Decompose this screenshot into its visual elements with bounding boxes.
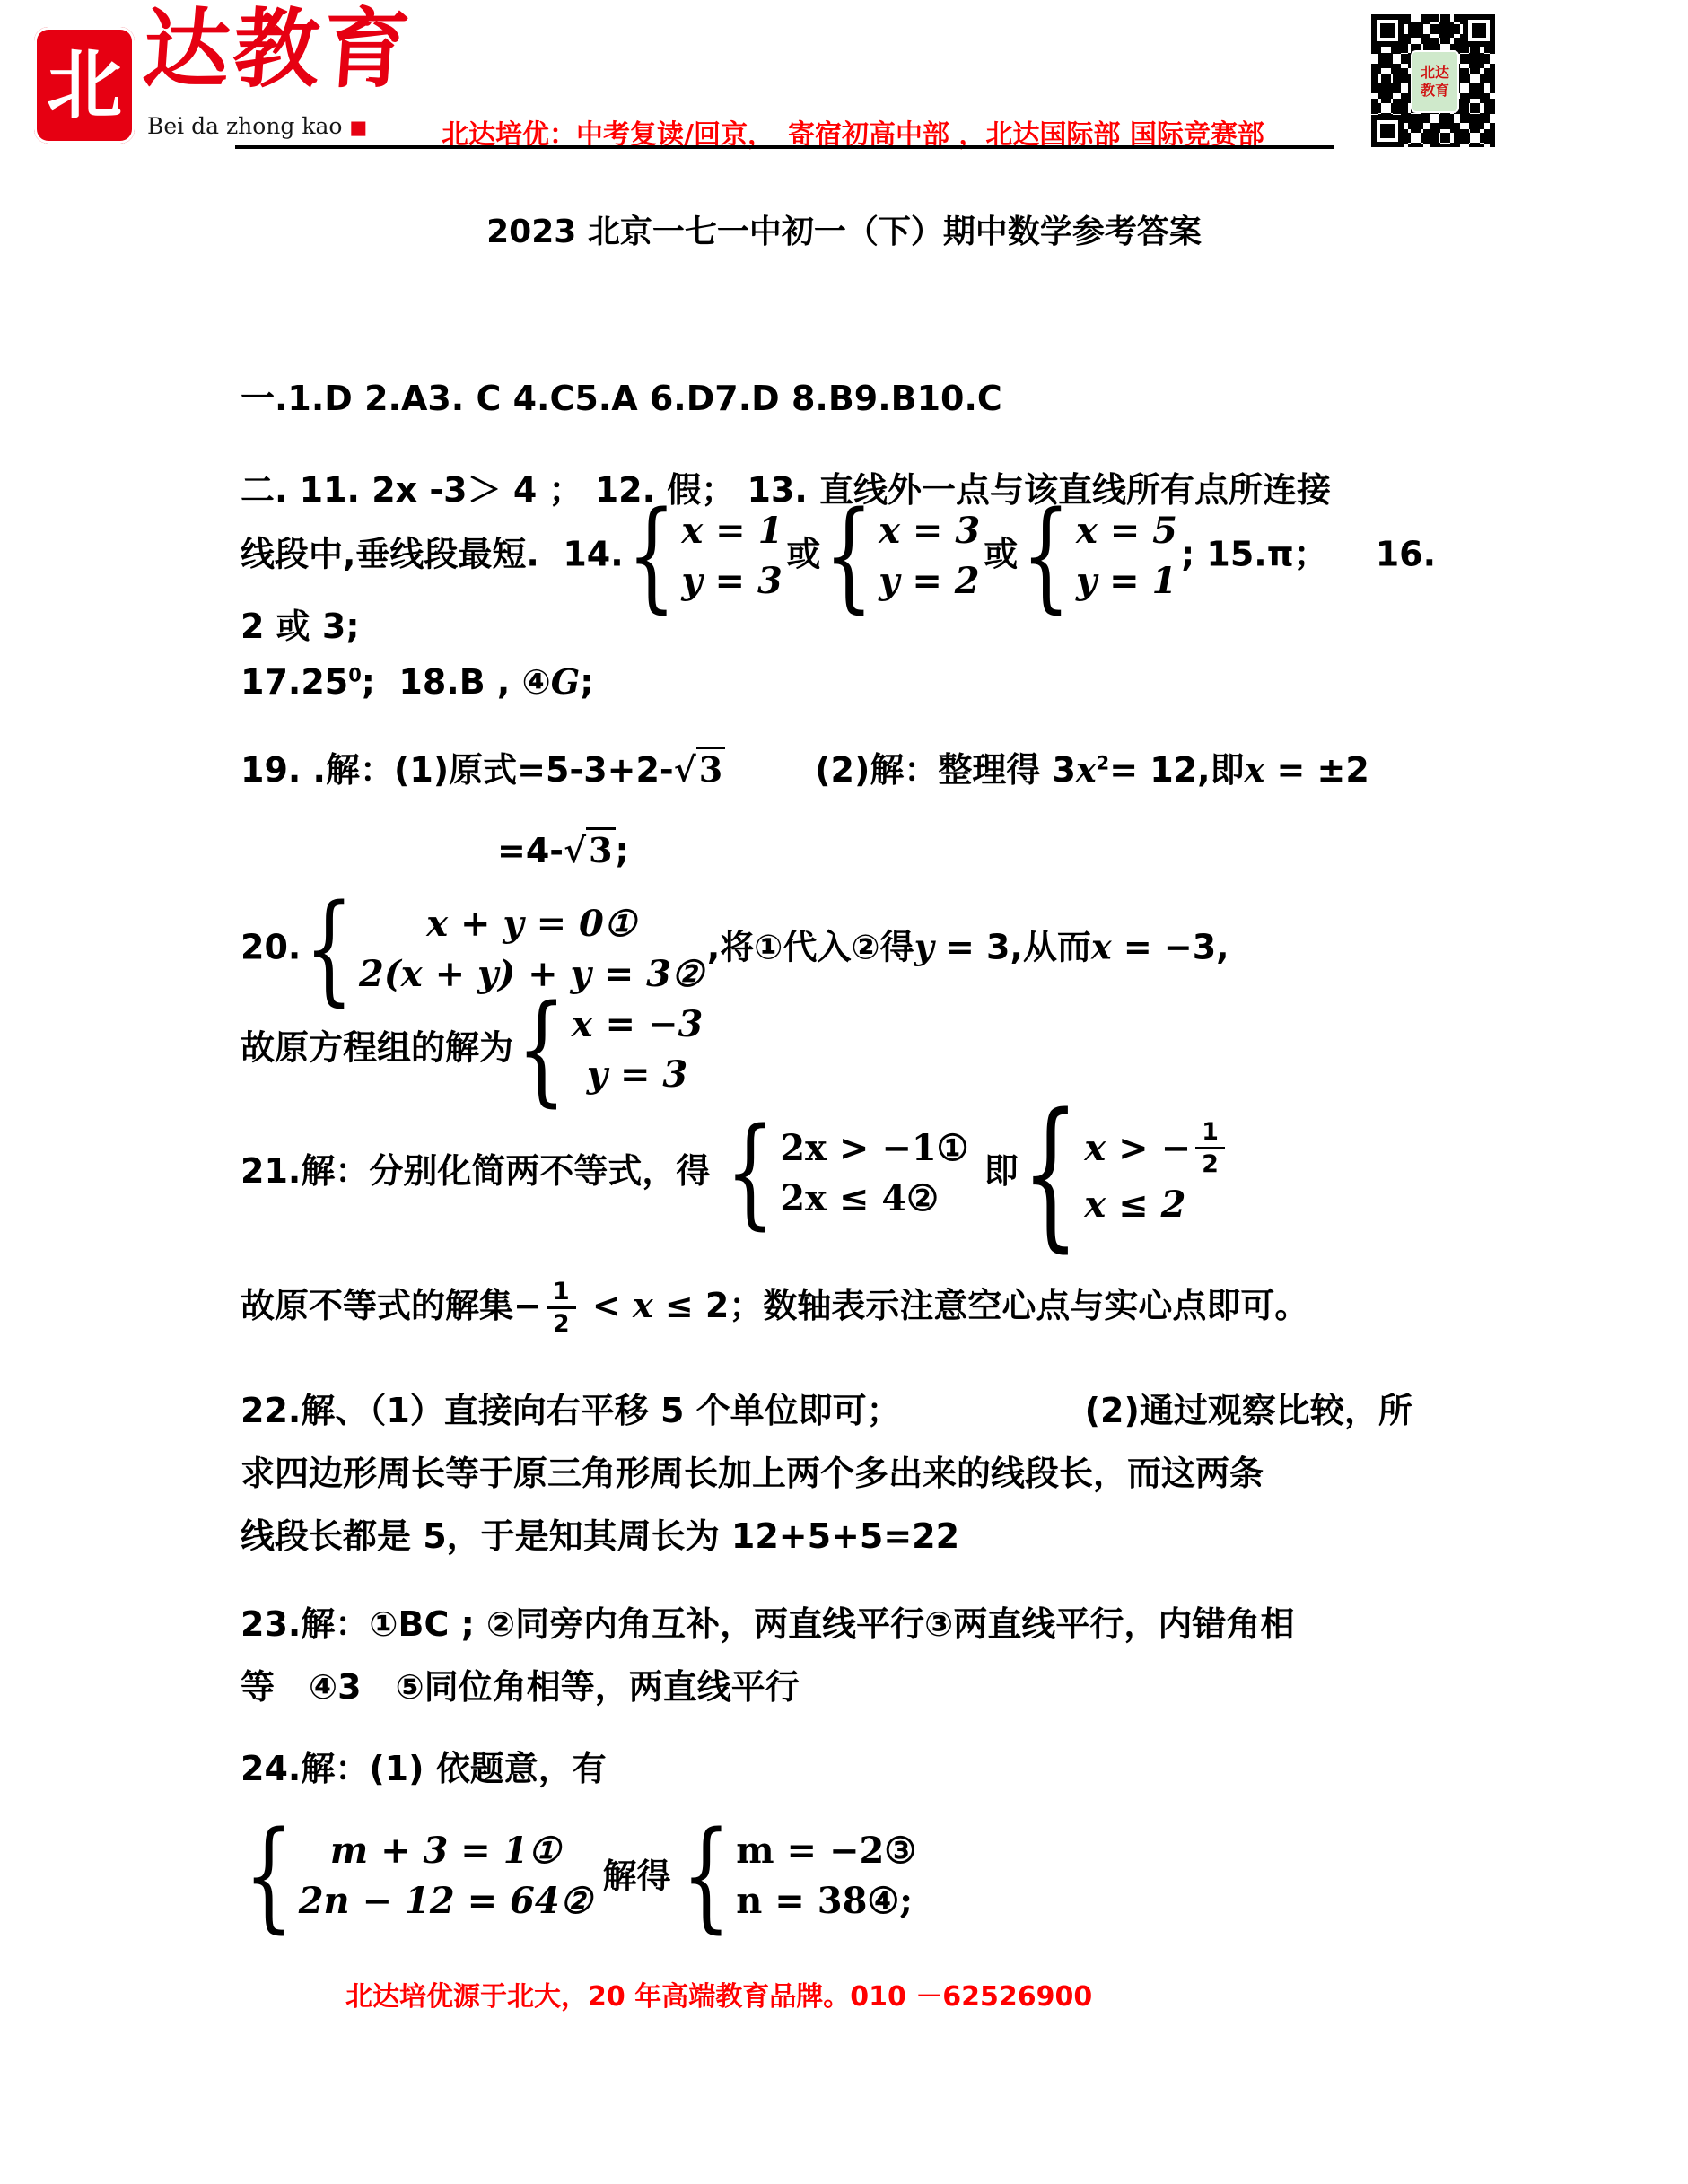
- left-brace: {: [304, 902, 354, 998]
- fraction-one-half: 12: [547, 1280, 576, 1336]
- answer-19-line-2: =4-√3;: [497, 824, 1456, 878]
- q19-part3: = 12,即: [1109, 750, 1244, 790]
- inequality-text: x > −: [1084, 1127, 1191, 1170]
- header-divider: [235, 145, 1334, 149]
- q14-prefix: 线段中,垂线段最短. 14.: [241, 535, 624, 574]
- q14-system-1: {x = 1y = 3: [627, 510, 783, 603]
- numerator: 1: [547, 1280, 576, 1309]
- q20-step-text2: = 3,从而: [934, 928, 1091, 967]
- left-brace: {: [726, 1125, 775, 1221]
- square-root: √3: [564, 827, 615, 870]
- qr-finder-dot: [1380, 124, 1395, 138]
- inequality-2: 2x ≤ 4②: [780, 1177, 939, 1220]
- q17-answer: 17.25: [241, 662, 348, 702]
- qr-center-text-line2: 教育: [1421, 82, 1449, 100]
- q24-system-solution: {m = −2③n = 38④;: [682, 1830, 917, 1923]
- answer-section-2-line-2: 线段中,垂线段最短. 14.{x = 1y = 3或{x = 3y = 2或{x…: [241, 510, 1456, 650]
- logo-wordmark: 达教育: [140, 2, 415, 97]
- qr-finder-bottom-left: [1371, 115, 1404, 147]
- q20-conclusion: 故原方程组的解为: [241, 1028, 513, 1068]
- or-word: 或: [786, 535, 820, 574]
- solution-y: y = 3: [587, 1053, 687, 1096]
- q20-step-text: ,将①代入②得: [707, 928, 914, 967]
- answer-21-line-1: 21.解：分别化简两不等式，得 {2x > −1①2x ≤ 4② 即{x > −…: [241, 1120, 1456, 1227]
- inequality-1: 2x > −1①: [780, 1127, 968, 1170]
- q14-system-3: {x = 5y = 1: [1021, 510, 1177, 603]
- q20-system: {x + y = 0①2(x + y) + y = 3②: [304, 903, 704, 996]
- answer-section-1: 一.1.D 2.A3. C 4.C5.A 6.D7.D 8.B9.B10.C: [241, 375, 1456, 422]
- answer-22-line-2: 求四边形周长等于原三角形周长加上两个多出来的线段长，而这两条: [241, 1442, 1456, 1505]
- q22-part1: 22.解、（1）直接向右平移 5 个单位即可；: [241, 1391, 901, 1430]
- q21-conclusion-a: 故原不等式的解集−: [241, 1286, 542, 1325]
- left-brace: {: [517, 1002, 566, 1098]
- answer-23: 23.解：①BC ; ②同旁内角互补，两直线平行③两直线平行，内错角相 等 ④3…: [241, 1593, 1456, 1718]
- radicand: 3: [696, 747, 725, 790]
- qr-code: 北达 教育: [1371, 14, 1495, 147]
- equation: y = 1: [1076, 560, 1176, 603]
- radicand: 3: [586, 827, 615, 870]
- left-brace: {: [824, 509, 873, 605]
- qr-center-text-line1: 北达: [1421, 64, 1449, 82]
- equation-1: m + 3 = 1①: [330, 1830, 561, 1873]
- variable-y: y: [914, 927, 934, 967]
- line-end: ;: [616, 831, 629, 870]
- q14-system-2: {x = 3y = 2: [824, 510, 980, 603]
- left-brace: {: [1021, 509, 1071, 605]
- solution-m: m = −2③: [736, 1830, 916, 1873]
- solution-n: n = 38④;: [736, 1880, 913, 1923]
- equation: y = 2: [879, 560, 979, 603]
- line-end: ;: [580, 662, 593, 702]
- q20-number: 20.: [241, 928, 301, 967]
- left-brace: {: [627, 509, 677, 605]
- numerator: 1: [1195, 1120, 1225, 1149]
- answer-20-line-2: 故原方程组的解为{x = −3y = 3: [241, 1003, 1456, 1096]
- left-brace: {: [244, 1829, 293, 1925]
- qr-finder-top-left: [1371, 14, 1404, 47]
- logo-subtitle-text: Bei da zhong kao: [147, 113, 342, 139]
- answer-22: 22.解、（1）直接向右平移 5 个单位即可；(2)通过观察比较，所 求四边形周…: [241, 1379, 1456, 1568]
- q21-conclusion-b: <: [581, 1285, 633, 1325]
- qr-finder-top-right: [1463, 14, 1495, 47]
- q18-answer: ; 18.B , ④: [362, 662, 551, 702]
- answer-21-line-2: 故原不等式的解集−12 < x ≤ 2；数轴表示注意空心点与实心点即可。: [241, 1270, 1456, 1341]
- q20-solution-system: {x = −3y = 3: [517, 1003, 703, 1096]
- inequality-simplified-1: x > −12: [1084, 1120, 1229, 1176]
- answer-22-line-3: 线段长都是 5，于是知其周长为 12+5+5=22: [241, 1505, 1456, 1568]
- q21-mid: 即: [973, 1151, 1019, 1191]
- answer-20-line-1: 20.{x + y = 0①2(x + y) + y = 3②,将①代入②得y …: [241, 903, 1456, 996]
- inequality-simplified-2: x ≤ 2: [1084, 1184, 1185, 1227]
- degree-superscript: 0: [348, 664, 362, 686]
- equation-2: 2n − 12 = 64②: [299, 1880, 592, 1923]
- answer-24-line-1: 24.解：(1) 依题意，有: [241, 1745, 1456, 1792]
- q19-part4: = ±2: [1264, 750, 1369, 790]
- variable-x: x: [1245, 749, 1265, 790]
- variable-G: G: [551, 661, 580, 702]
- page-header: 北 达教育 Bei da zhong kao ■ 北达培优：中考复读/回京， 寄…: [0, 0, 1688, 215]
- answer-22-line-1: 22.解、（1）直接向右平移 5 个单位即可；(2)通过观察比较，所: [241, 1379, 1456, 1442]
- equation: y = 3: [681, 560, 782, 603]
- footer-slogan: 北达培优源于北大，20 年高端教育品牌。010 －62526900: [345, 1980, 1456, 2014]
- qr-finder-dot: [1380, 23, 1395, 38]
- qr-center-label: 北达 教育: [1411, 50, 1459, 113]
- solution-x: x = −3: [572, 1003, 704, 1046]
- fraction-one-half: 12: [1195, 1120, 1225, 1176]
- answer-23-line-2: 等 ④3 ⑤同位角相等，两直线平行: [241, 1655, 1456, 1718]
- q19-part2: (2)解：整理得 3: [815, 750, 1076, 790]
- answer-section-2-line-3: 17.250; 18.B , ④G;: [241, 659, 1456, 705]
- qr-finder-dot: [1472, 23, 1486, 38]
- equation: x = 5: [1076, 510, 1177, 553]
- radical-sign: √: [564, 830, 586, 870]
- denominator: 2: [1202, 1149, 1219, 1176]
- exponent-2: 2: [1097, 752, 1110, 773]
- answer-24-systems: {m + 3 = 1①2n − 12 = 64②解得{m = −2③n = 38…: [241, 1830, 1456, 1923]
- square-root: √3: [674, 747, 725, 790]
- q21-conclusion-c: ≤ 2；数轴表示注意空心点与实心点即可。: [653, 1286, 1309, 1325]
- variable-x: x: [633, 1285, 653, 1325]
- variable-x: x: [1091, 927, 1112, 967]
- answer-23-line-1: 23.解：①BC ; ②同旁内角互补，两直线平行③两直线平行，内错角相: [241, 1593, 1456, 1655]
- denominator: 2: [553, 1309, 570, 1336]
- q21-system-2: {x > −12x ≤ 2: [1022, 1120, 1229, 1227]
- logo-seal-character: 北: [47, 48, 122, 123]
- logo-red-square-icon: ■: [349, 117, 367, 138]
- q20-step-text3: = −3,: [1112, 928, 1229, 967]
- page-title: 2023 北京一七一中初一（下）期中数学参考答案: [0, 206, 1688, 252]
- left-brace: {: [1022, 1109, 1080, 1238]
- q19-result: =4-: [497, 831, 564, 870]
- equation-1: x + y = 0①: [426, 903, 636, 946]
- variable-x: x: [1076, 749, 1097, 790]
- q21-prefix: 21.解：分别化简两不等式，得: [241, 1151, 722, 1191]
- answer-19-line-1: 19. .解：(1)原式=5-3+2-√3(2)解：整理得 3x2= 12,即x…: [241, 743, 1456, 797]
- q24-system-given: {m + 3 = 1①2n − 12 = 64②: [244, 1830, 592, 1923]
- logo-subtitle: Bei da zhong kao ■: [147, 113, 367, 139]
- q22-part2: (2)通过观察比较，所: [1085, 1391, 1412, 1430]
- answer-body: 一.1.D 2.A3. C 4.C5.A 6.D7.D 8.B9.B10.C 二…: [241, 375, 1456, 2014]
- left-brace: {: [682, 1829, 731, 1925]
- logo-seal: 北: [34, 27, 135, 144]
- equation: x = 1: [681, 510, 783, 553]
- radical-sign: √: [674, 749, 696, 790]
- q19-part1: 19. .解：(1)原式=5-3+2-: [241, 750, 674, 790]
- or-word: 或: [984, 535, 1018, 574]
- q21-system-1: {2x > −1①2x ≤ 4②: [726, 1127, 969, 1220]
- equation: x = 3: [879, 510, 980, 553]
- document-page: 北 达教育 Bei da zhong kao ■ 北达培优：中考复读/回京， 寄…: [0, 0, 1688, 2184]
- q24-solve-word: 解得: [603, 1853, 671, 1900]
